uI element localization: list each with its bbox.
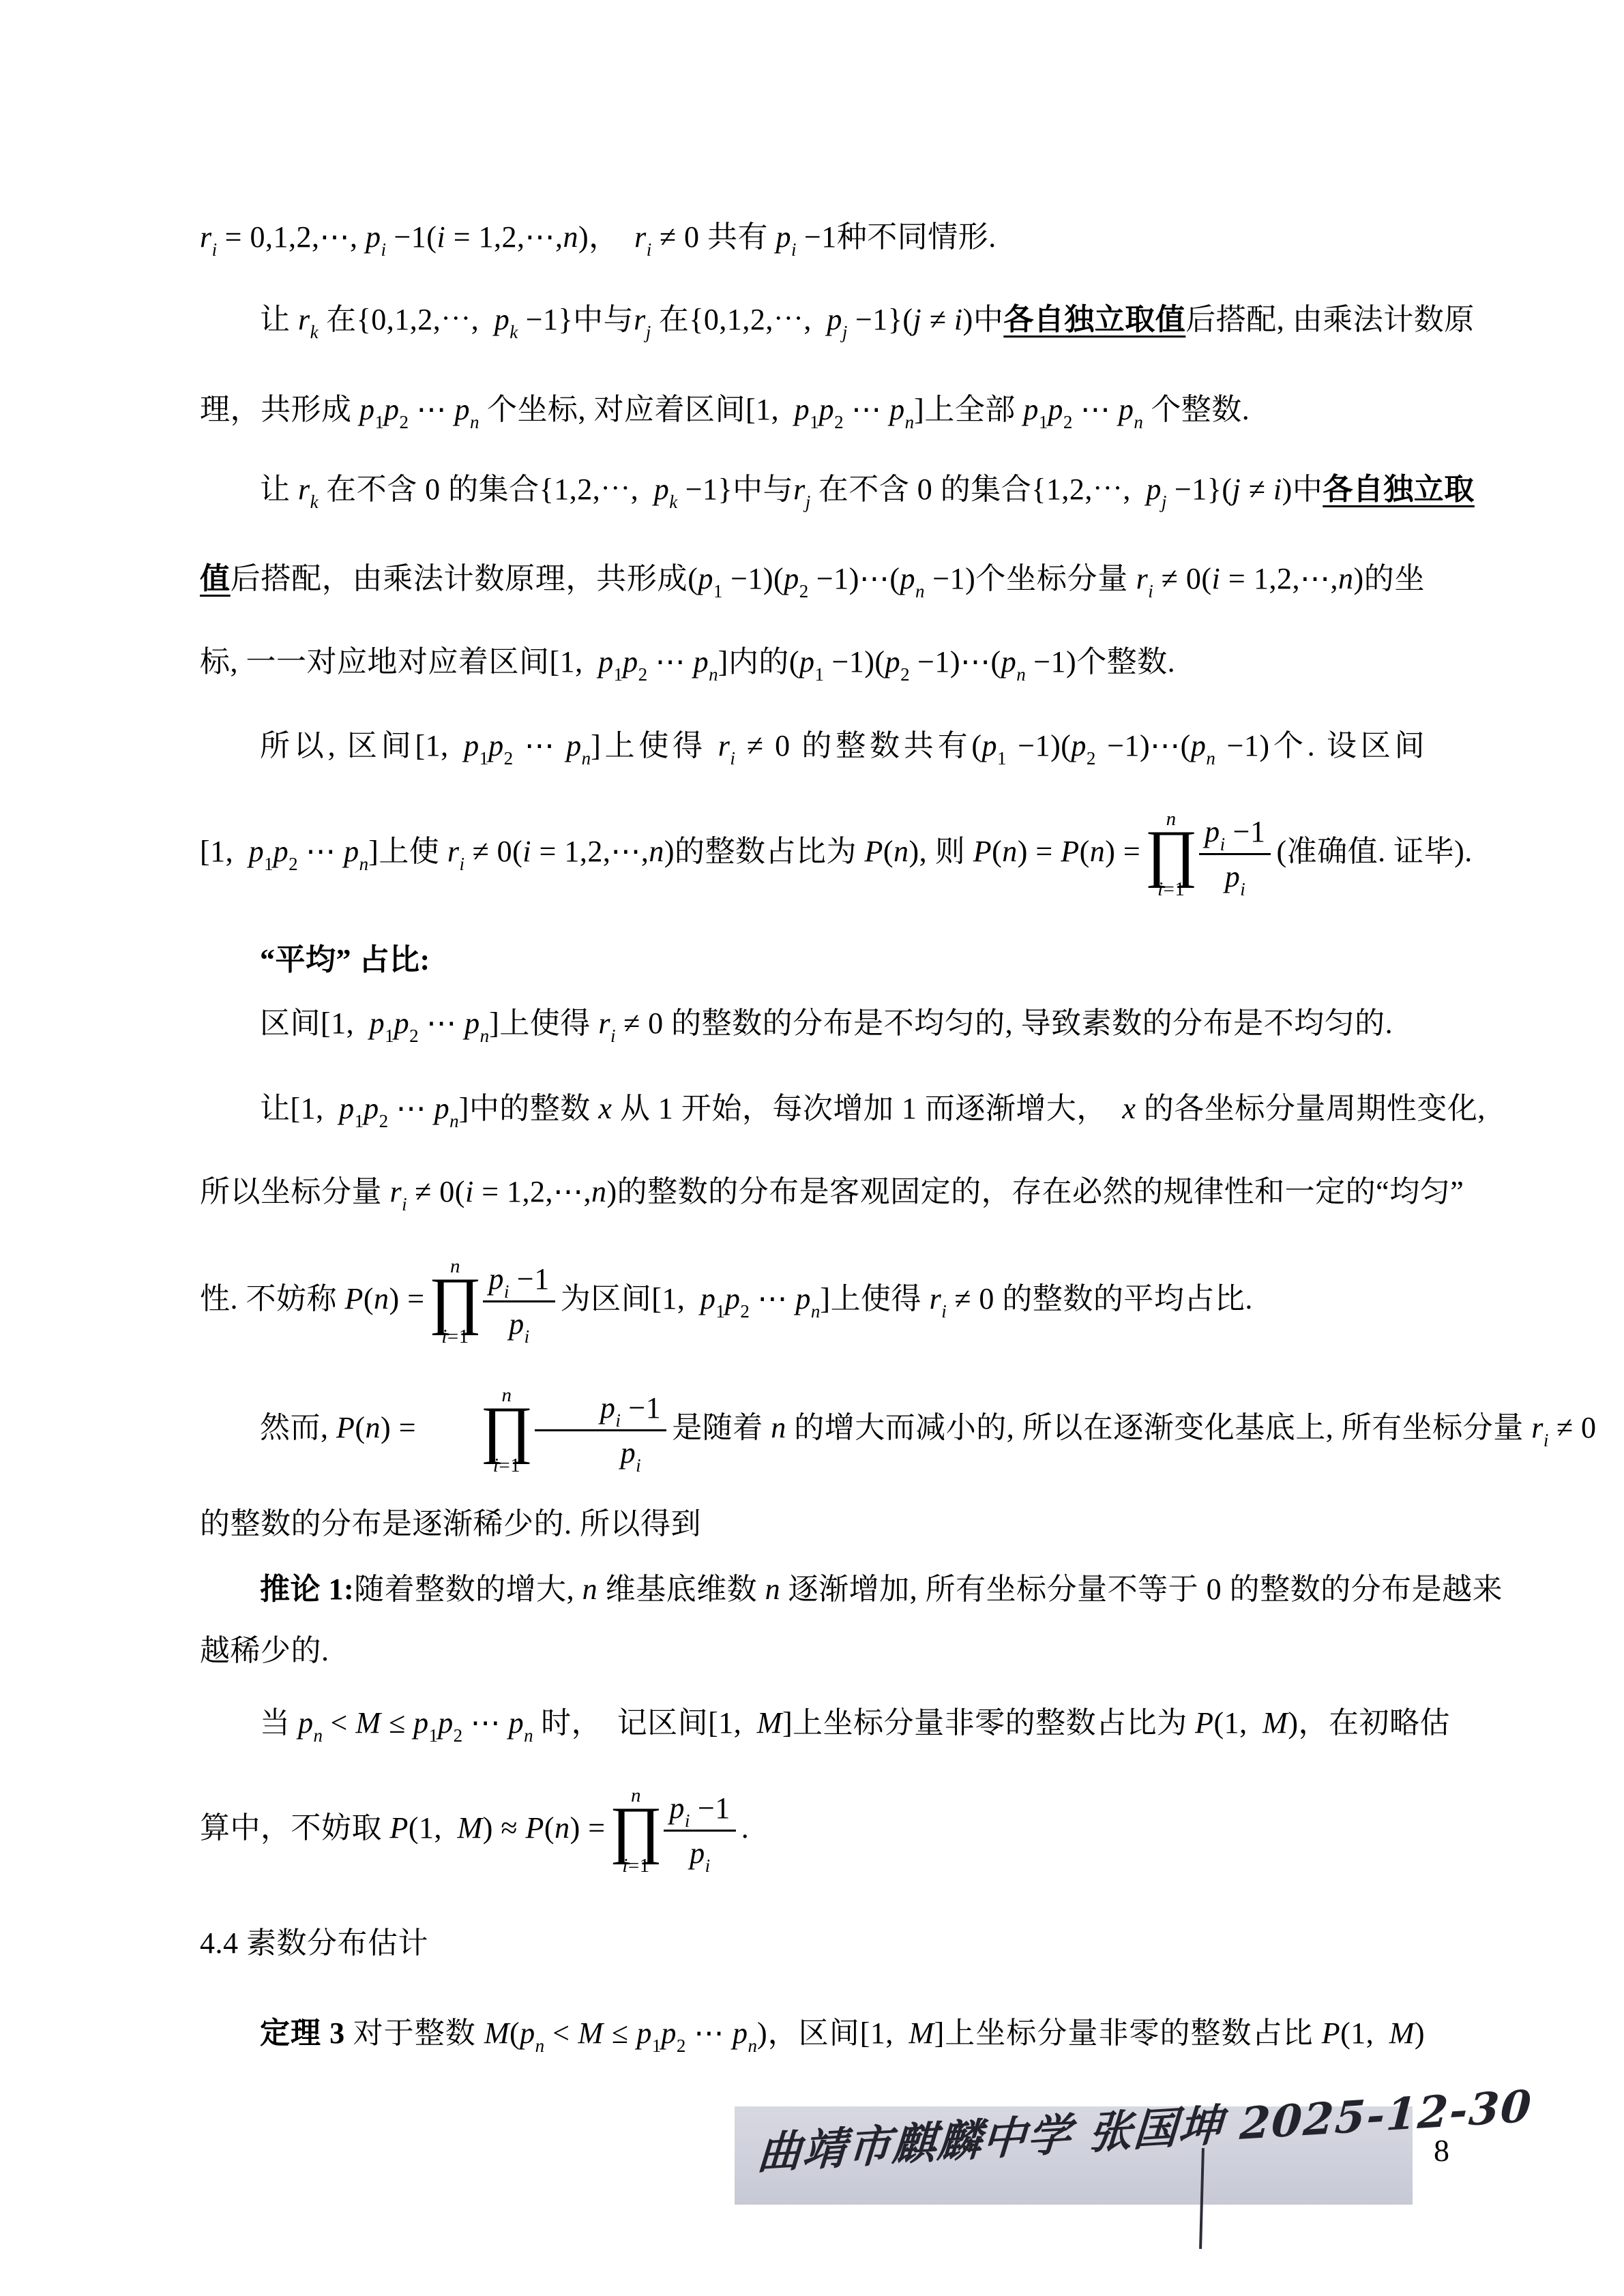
math-run: ri ≠ 0 — [1531, 1411, 1596, 1444]
text-line-14: 然而, P(n) =n∏i=1pi −1pi是随着 n 的增大而减小的, 所以在… — [200, 1356, 1425, 1500]
math-run: [1, M] — [860, 2016, 945, 2050]
signature-text: 曲靖市麒麟中学 张国坤 2025-12-30 — [756, 2071, 1534, 2181]
math-run: {1,2,⋯, pj −1}(j ≠ i) — [1031, 473, 1293, 506]
text-run: 个. 设区间 — [1270, 729, 1425, 762]
math-run: P(n) = P(n) = — [973, 835, 1141, 868]
text-line-20: 4.4 素数分布估计 — [200, 1902, 1425, 1985]
math-run: [1, p1p2 ⋯ pn] — [745, 393, 924, 426]
fraction-numerator: pi −1 — [535, 1391, 666, 1431]
text-run: 的各坐标分量周期性变化, — [1144, 1092, 1486, 1125]
text-line-3: 理，共形成 p1p2 ⋯ pn 个坐标, 对应着区间[1, p1p2 ⋯ pn]… — [200, 368, 1425, 451]
text-run: 对于整数 — [353, 2016, 484, 2050]
text-run: 让 — [260, 303, 298, 336]
product-sign: ∏ — [1145, 828, 1198, 879]
math-run: (p1 −1)(p2 −1)⋯(pn −1) — [688, 562, 975, 595]
fraction: pi −1pi — [664, 1791, 735, 1870]
text-run: 后搭配, 由乘法计数原 — [1185, 303, 1475, 336]
text-run: 上使 — [379, 835, 447, 868]
math-run: (p1 −1)(p2 −1)⋯(pn −1) — [789, 645, 1076, 679]
text-run: 在不含 0 的集合 — [818, 473, 1032, 506]
text-run: 后搭配，由乘法计数原理，共形成 — [231, 562, 688, 595]
math-run: M(pn < M ≤ p1p2 ⋯ pn) — [484, 2016, 767, 2050]
text-line-19: 算中，不妨取 P(1, M) ≈ P(n) =n∏i=1pi −1pi. — [200, 1757, 1425, 1900]
text-run: 的整数的分布是逐渐稀少的. 所以得到 — [200, 1507, 701, 1540]
text-run: 所以, 区间 — [260, 729, 415, 762]
text-run: 4.4 素数分布估计 — [200, 1926, 428, 1960]
text-run: 各自独立取值 — [1003, 303, 1185, 336]
text-run: 随着整数的增大, — [354, 1572, 582, 1606]
text-run: 维基底维数 — [606, 1572, 765, 1606]
math-run: {0,1,2,⋯, pk −1} — [357, 303, 574, 336]
text-run: 然而, — [260, 1411, 336, 1444]
math-run: rk — [298, 473, 326, 506]
text-run: 中的整数 — [469, 1092, 599, 1125]
math-run: (p1 −1)(p2 −1)⋯(pn −1) — [971, 729, 1269, 762]
product-lower-limit: i=1 — [622, 1856, 649, 1876]
fraction-numerator: pi −1 — [664, 1791, 735, 1832]
fraction-numerator: pi −1 — [1199, 815, 1271, 855]
math-run: ri ≠ 0(i = 1,2,⋯,n) — [1136, 562, 1364, 595]
document-page: ri = 0,1,2,⋯, pi −1(i = 1,2,⋯,n)， ri ≠ 0… — [0, 0, 1624, 2296]
text-run: 值 — [200, 562, 231, 595]
text-run: ，在初略估 — [1298, 1706, 1450, 1740]
fraction-numerator: pi −1 — [483, 1262, 555, 1302]
math-run: pn < M ≤ p1p2 ⋯ pn — [298, 1706, 541, 1740]
fraction: pi −1pi — [1199, 815, 1271, 894]
math-run: P(1, M) — [1195, 1706, 1298, 1740]
page-number: 8 — [1434, 2135, 1449, 2166]
fraction: pi −1pi — [535, 1391, 666, 1470]
text-run: 中与 — [573, 303, 634, 336]
math-run: rj — [793, 473, 818, 506]
text-run: 中 — [1293, 473, 1323, 506]
product-lower-limit: i=1 — [441, 1327, 469, 1347]
text-run: 个坐标分量 — [975, 562, 1136, 595]
text-line-12: 所以坐标分量 ri ≠ 0(i = 1,2,⋯,n)的整数的分布是客观固定的，存… — [200, 1150, 1425, 1234]
text-run: 共有 — [707, 220, 776, 254]
text-run: 中 — [973, 303, 1004, 336]
text-run: 区间 — [260, 1007, 321, 1040]
fraction-denominator: pi — [1220, 855, 1251, 894]
math-run: [1, M] — [708, 1706, 793, 1740]
math-run: [1, p1p2 ⋯ pn] — [200, 835, 379, 868]
math-run: ri ≠ 0 — [930, 1282, 1003, 1315]
text-run: ，区间 — [767, 2016, 860, 2050]
math-run: p1p2 ⋯ pn — [1023, 393, 1151, 426]
math-run: ri ≠ 0 — [718, 729, 802, 762]
math-run: P(n) = — [345, 1282, 425, 1315]
text-line-21: 定理 3 对于整数 M(pn < M ≤ p1p2 ⋯ pn)，区间[1, M]… — [200, 1992, 1425, 2075]
text-run: 让 — [260, 1092, 291, 1125]
text-run: 的坐 — [1364, 562, 1425, 595]
text-run: 内的 — [728, 645, 789, 679]
text-run: 性. 不妨称 — [200, 1282, 345, 1315]
product-formula: n∏i=1pi −1pi — [420, 1386, 666, 1475]
text-run: 上使得 — [601, 729, 718, 762]
product-formula: n∏i=1pi −1pi — [429, 1257, 555, 1346]
math-run: [1, p1p2 ⋯ pn] — [321, 1007, 499, 1040]
math-run: {0,1,2,⋯, pj −1}(j ≠ i) — [689, 303, 973, 336]
math-run: ri = 0,1,2,⋯, pi −1(i = 1,2,⋯,n)， ri ≠ 0 — [200, 220, 707, 254]
fraction: pi −1pi — [483, 1262, 555, 1341]
text-line-4: 让 rk 在不含 0 的集合{1,2,⋯, pk −1}中与rj 在不含 0 的… — [200, 448, 1425, 531]
text-run: 上坐标分量非零的整数占比为 — [793, 1706, 1195, 1740]
math-run: P(1, M) ≈ P(n) = — [390, 1811, 606, 1845]
math-run: ri ≠ 0 — [598, 1007, 671, 1040]
text-run: 则 — [935, 835, 973, 868]
text-line-10: 区间[1, p1p2 ⋯ pn]上使得 ri ≠ 0 的整数的分布是不均匀的, … — [200, 982, 1425, 1065]
math-run: P(n), — [864, 835, 934, 868]
text-run: 个坐标, 对应着区间 — [487, 393, 745, 426]
math-run: [1, p1p2 ⋯ pn] — [651, 1282, 830, 1315]
text-run: 的整数的平均占比. — [1002, 1282, 1253, 1315]
text-run: 时， 记区间 — [541, 1706, 708, 1740]
text-run: 的整数占比为 — [675, 835, 865, 868]
math-run: n — [582, 1572, 606, 1606]
math-run: . — [741, 1811, 750, 1845]
product-lower-limit: i=1 — [433, 1456, 520, 1476]
math-run: ri ≠ 0(i = 1,2,⋯,n) — [447, 835, 675, 868]
math-run: P(1, M) — [1322, 2016, 1425, 2050]
text-run: 算中，不妨取 — [200, 1811, 390, 1845]
text-run: 定理 3 — [260, 2016, 353, 2050]
fraction-denominator: pi — [684, 1832, 715, 1870]
text-run: 各自独立取 — [1323, 473, 1475, 506]
text-run: 个整数. — [1076, 645, 1175, 679]
math-run: [1, p1p2 ⋯ pn] — [415, 729, 601, 762]
text-run: 的增大而减小的, 所以在逐渐变化基底上, 所有坐标分量 — [794, 1411, 1531, 1444]
product-sign: ∏ — [429, 1275, 482, 1326]
text-run: 越稀少的. — [200, 1634, 329, 1667]
product-formula: n∏i=1pi −1pi — [610, 1786, 736, 1875]
text-run: 个整数. — [1151, 393, 1250, 426]
text-run: 上使得 — [499, 1007, 598, 1040]
text-run: 在 — [659, 303, 690, 336]
math-run: rk — [298, 303, 326, 336]
text-run: 的整数的分布是客观固定的，存在必然的规律性和一定的“均匀” — [617, 1175, 1464, 1208]
text-line-18: 当 pn < M ≤ p1p2 ⋯ pn 时， 记区间[1, M]上坐标分量非零… — [200, 1682, 1425, 1765]
math-run: n — [765, 1572, 788, 1606]
text-run: 从 1 开始，每次增加 1 而逐渐增大， — [620, 1092, 1123, 1125]
text-run: 上使得 — [831, 1282, 930, 1315]
text-line-2: 让 rk 在{0,1,2,⋯, pk −1}中与rj 在{0,1,2,⋯, pj… — [200, 278, 1425, 361]
math-run: [1, p1p2 ⋯ pn] — [550, 645, 728, 679]
text-run: 上坐标分量非零的整数占比 — [945, 2016, 1322, 2050]
text-run: 上全部 — [924, 393, 1023, 426]
math-run: ri ≠ 0(i = 1,2,⋯,n) — [390, 1175, 617, 1208]
text-run: 逐渐增加, 所有坐标分量不等于 0 的整数的分布是越来 — [788, 1572, 1503, 1606]
text-run: 推论 1: — [260, 1572, 354, 1606]
text-line-17: 越稀少的. — [200, 1609, 1425, 1693]
text-run: 的整数共有 — [801, 729, 971, 762]
math-run: rj — [634, 303, 659, 336]
text-line-7: 所以, 区间[1, p1p2 ⋯ pn]上使得 ri ≠ 0 的整数共有(p1 … — [200, 704, 1425, 788]
product-sign: ∏ — [610, 1804, 663, 1855]
text-run: 在不含 0 的集合 — [326, 473, 540, 506]
math-run: [1, p1p2 ⋯ pn] — [291, 1092, 469, 1125]
text-run: 为区间 — [561, 1282, 652, 1315]
text-run: 当 — [260, 1706, 298, 1740]
math-run: pi −1 — [776, 220, 836, 254]
text-run: “平均” 占比: — [260, 943, 430, 976]
text-line-11: 让[1, p1p2 ⋯ pn]中的整数 x 从 1 开始，每次增加 1 而逐渐增… — [200, 1067, 1425, 1150]
product-lower-limit: i=1 — [1157, 880, 1185, 899]
math-run: p1p2 ⋯ pn — [359, 393, 487, 426]
text-run: 是随着 — [672, 1411, 771, 1444]
math-run: P(n) = — [336, 1411, 416, 1444]
fraction-denominator: pi — [503, 1302, 535, 1341]
math-run: n — [771, 1411, 794, 1444]
text-run: 标, 一一对应地对应着区间 — [200, 645, 550, 679]
text-run: 理，共形成 — [200, 393, 359, 426]
text-run: 的整数的分布是不均匀的, 导致素数的分布是不均匀的. — [671, 1007, 1393, 1040]
text-run: 种不同情形. — [837, 220, 996, 254]
math-run: {1,2,⋯, pk −1} — [540, 473, 733, 506]
text-run: 在 — [326, 303, 357, 336]
text-run: (准确值. 证毕). — [1276, 835, 1472, 868]
text-line-13: 性. 不妨称 P(n) =n∏i=1pi −1pi为区间[1, p1p2 ⋯ p… — [200, 1227, 1425, 1371]
text-run: 中与 — [733, 473, 793, 506]
text-run: 所以坐标分量 — [200, 1175, 390, 1208]
text-line-6: 标, 一一对应地对应着区间[1, p1p2 ⋯ pn]内的(p1 −1)(p2 … — [200, 621, 1425, 704]
signature-photo: 曲靖市麒麟中学 张国坤 2025-12-30 — [735, 2106, 1413, 2205]
math-run: x — [598, 1092, 620, 1125]
text-line-5: 值后搭配，由乘法计数原理，共形成(p1 −1)(p2 −1)⋯(pn −1)个坐… — [200, 537, 1425, 621]
fraction-denominator: pi — [555, 1431, 647, 1470]
text-run: 让 — [260, 473, 298, 506]
math-run: x — [1122, 1092, 1144, 1125]
product-sign: ∏ — [420, 1404, 533, 1455]
product-formula: n∏i=1pi −1pi — [1145, 809, 1271, 899]
text-line-1: ri = 0,1,2,⋯, pi −1(i = 1,2,⋯,n)， ri ≠ 0… — [200, 196, 1425, 279]
text-line-8: [1, p1p2 ⋯ pn]上使 ri ≠ 0(i = 1,2,⋯,n)的整数占… — [200, 780, 1425, 923]
